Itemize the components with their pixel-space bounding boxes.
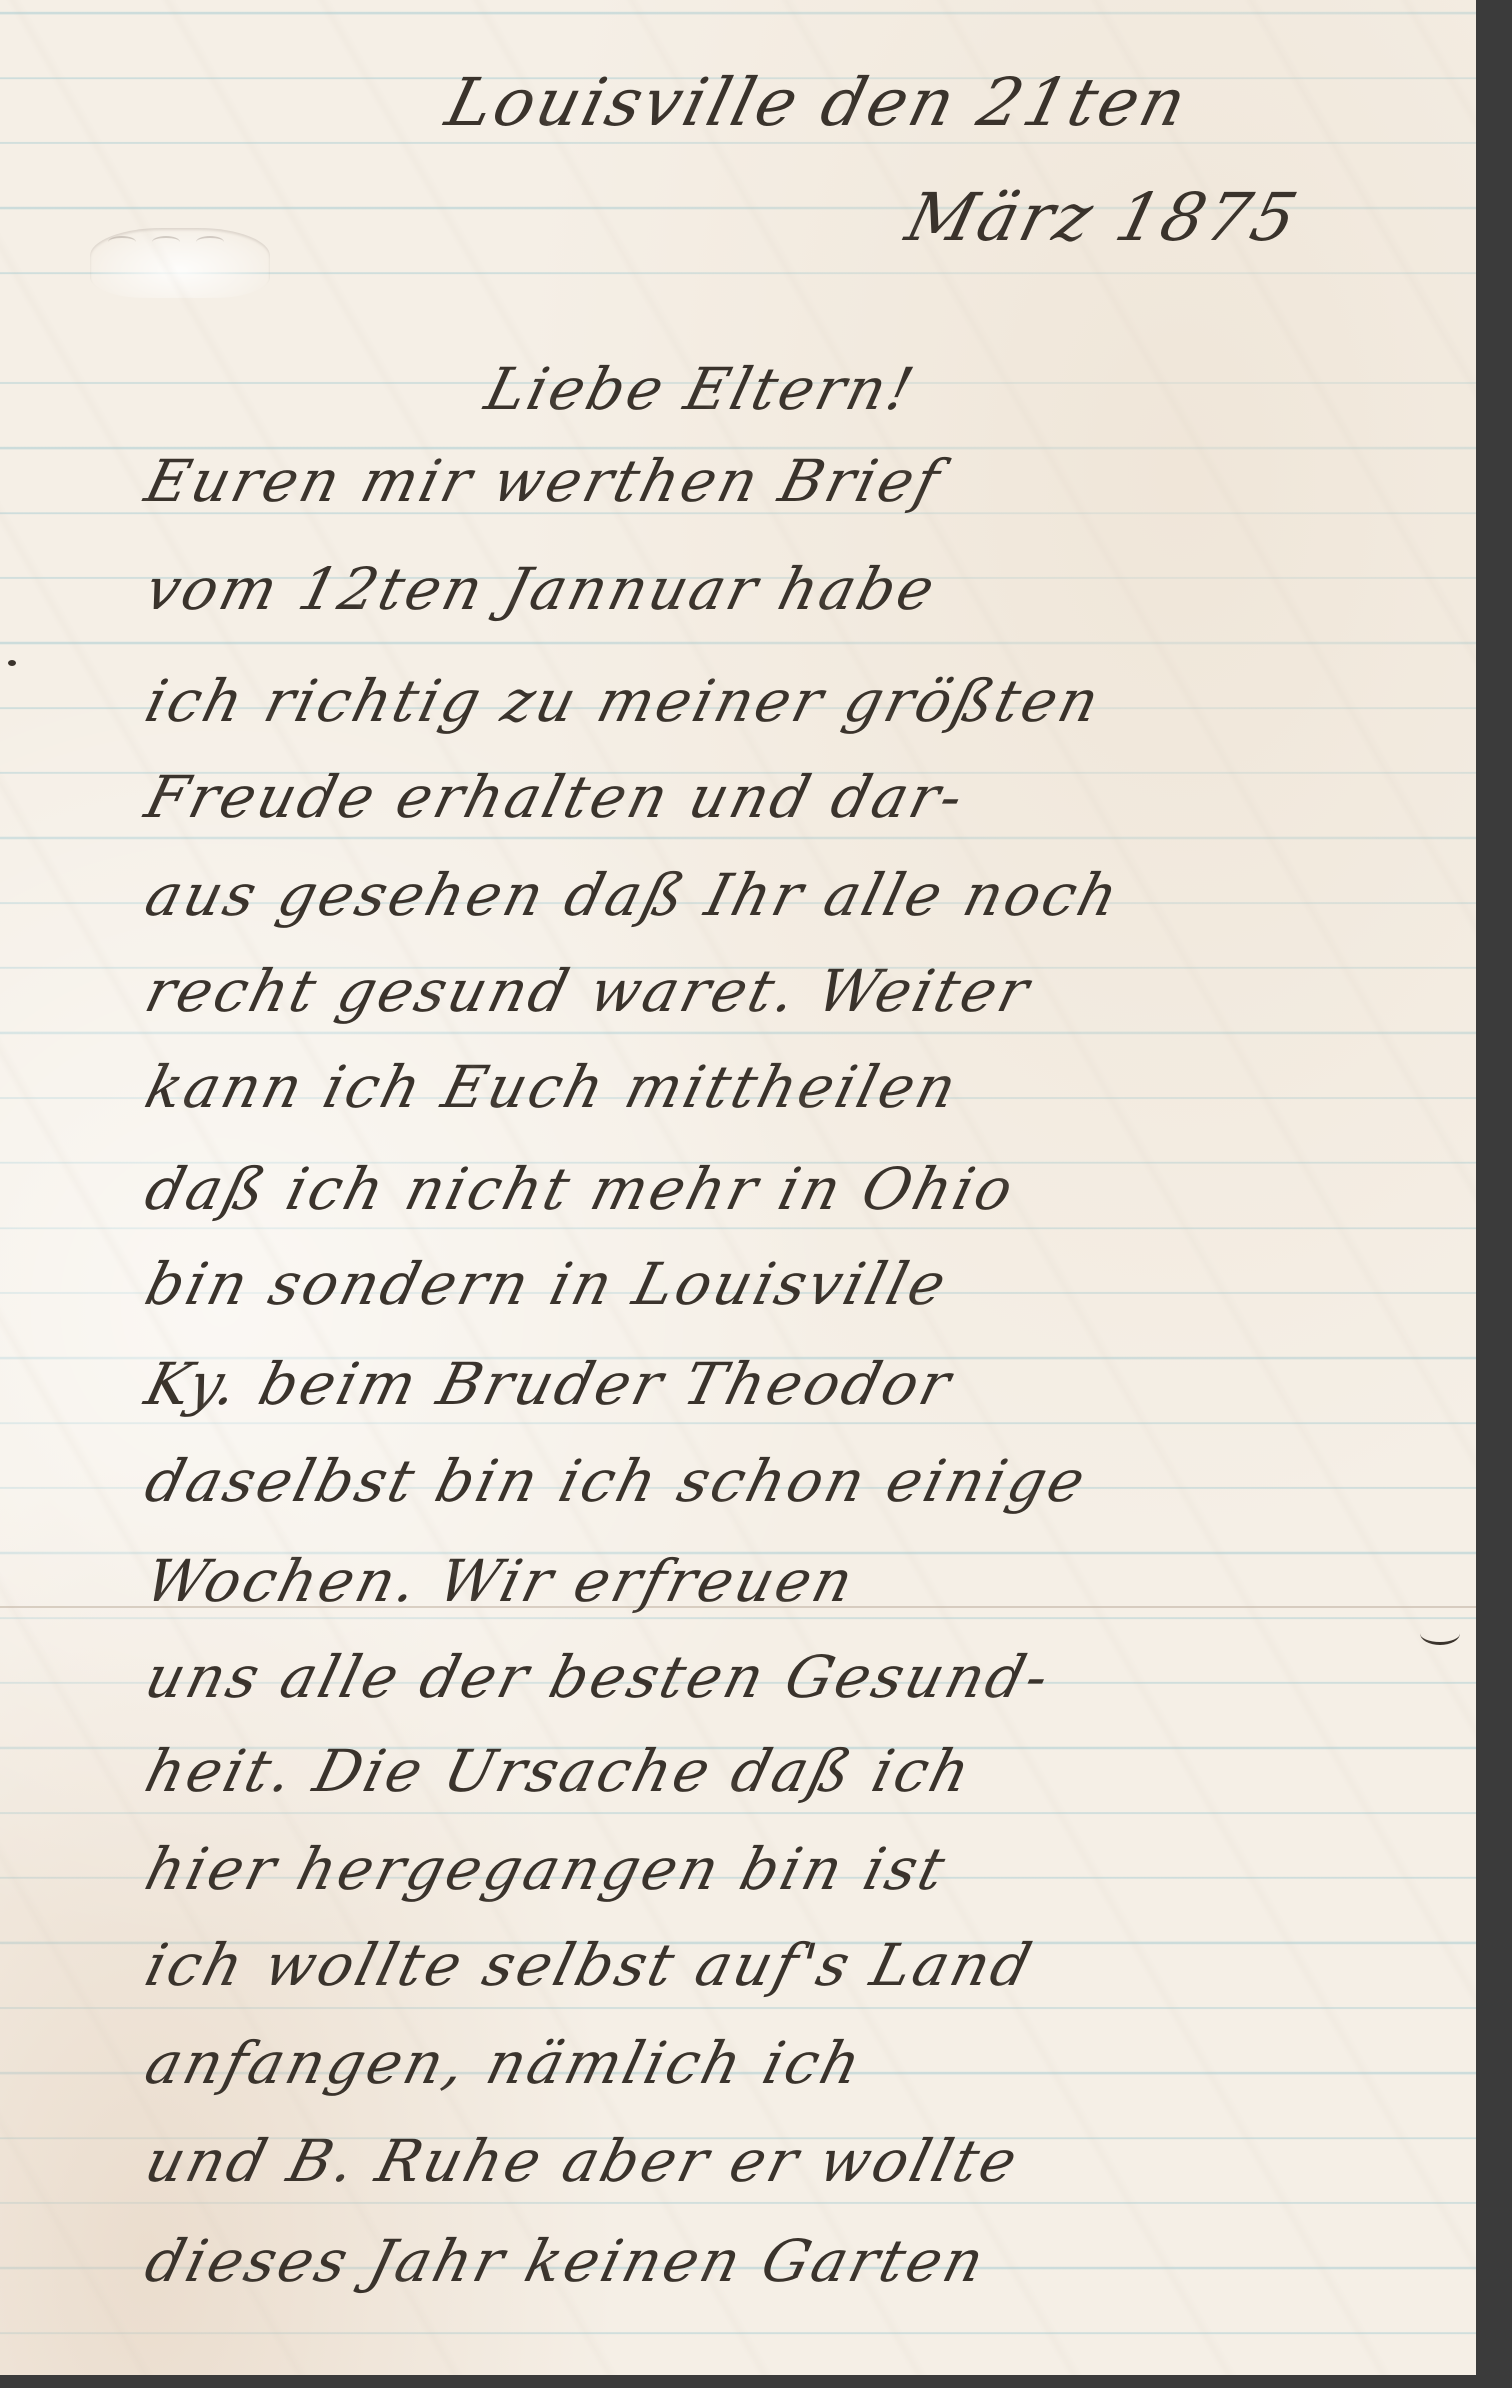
body-line: hier hergegangen bin ist [140, 1840, 953, 1898]
body-line: daß ich nicht mehr in Ohio [140, 1160, 1021, 1218]
embossed-stationery-stamp [90, 228, 270, 298]
body-line: dieses Jahr keinen Garten [140, 2232, 992, 2290]
body-line: uns alle der besten Gesund- [140, 1648, 1057, 1706]
body-line: bin sondern in Louisville [140, 1255, 954, 1313]
body-line: vom 12ten Jannuar habe [140, 560, 943, 618]
body-line: ich wollte selbst auf's Land [140, 1936, 1039, 1994]
ink-speck [8, 660, 16, 666]
body-line: heit. Die Ursache daß ich [140, 1742, 979, 1800]
body-line: Euren mir werthen Brief [140, 452, 948, 510]
hyphen-flourish [1420, 1622, 1460, 1645]
body-line: Freude erhalten und dar- [140, 768, 971, 826]
body-line: Ky. beim Bruder Theodor [140, 1355, 959, 1413]
body-line: aus gesehen daß Ihr alle noch [140, 866, 1126, 924]
place-date-line: Louisville den 21ten [440, 70, 1195, 136]
body-line: recht gesund waret. Weiter [140, 962, 1037, 1020]
body-line: ich richtig zu meiner größten [140, 672, 1107, 730]
body-line: Wochen. Wir erfreuen [140, 1552, 861, 1610]
body-line: kann ich Euch mittheilen [140, 1058, 965, 1116]
month-year-line: März 1875 [900, 185, 1306, 251]
letter-page: Louisville den 21ten März 1875 Liebe Elt… [0, 0, 1476, 2375]
body-line: anfangen, nämlich ich [140, 2034, 869, 2092]
body-line: daselbst bin ich schon einige [140, 1452, 1093, 1510]
body-line: und B. Ruhe aber er wollte [140, 2132, 1025, 2190]
salutation: Liebe Eltern! [480, 360, 922, 418]
